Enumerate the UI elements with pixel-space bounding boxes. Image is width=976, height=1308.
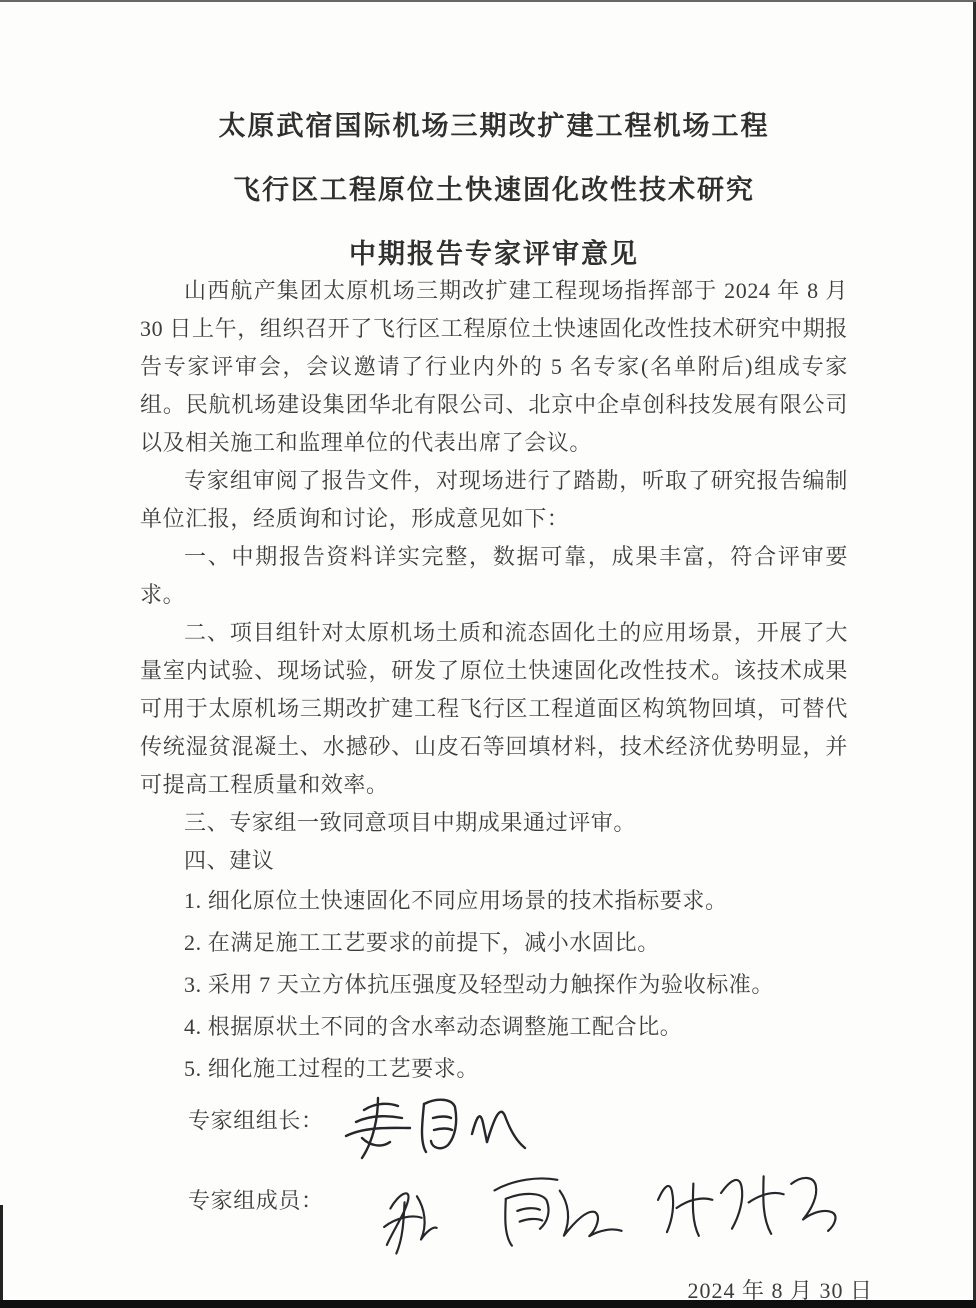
paragraph-review-process: 专家组审阅了报告文件，对现场进行了踏勘，听取了研究报告编制单位汇报，经质询和讨论… bbox=[140, 462, 848, 538]
leader-handwritten-signature bbox=[330, 1086, 530, 1170]
members-signature-row: 专家组成员： bbox=[140, 1184, 848, 1264]
document-date: 2024 年 8 月 30 日 bbox=[140, 1274, 873, 1305]
suggestion-item-2: 2. 在满足施工工艺要求的前提下，减小水固比。 bbox=[140, 922, 848, 964]
document-title-line-2: 飞行区工程原位土快速固化改性技术研究 bbox=[140, 158, 848, 222]
members-signature-label: 专家组成员： bbox=[188, 1184, 324, 1218]
document-content: 太原武宿国际机场三期改扩建工程机场工程 飞行区工程原位土快速固化改性技术研究 中… bbox=[140, 0, 848, 1305]
document-body: 山西航产集团太原机场三期改扩建工程现场指挥部于 2024 年 8 月 30 日上… bbox=[140, 272, 848, 1090]
opinion-item-3: 三、专家组一致同意项目中期成果通过评审。 bbox=[140, 804, 848, 842]
suggestion-item-4: 4. 根据原状土不同的含水率动态调整施工配合比。 bbox=[140, 1006, 848, 1048]
scanned-document-page: 太原武宿国际机场三期改扩建工程机场工程 飞行区工程原位土快速固化改性技术研究 中… bbox=[0, 0, 976, 1308]
suggestion-item-5: 5. 细化施工过程的工艺要求。 bbox=[140, 1048, 848, 1090]
document-title-line-1: 太原武宿国际机场三期改扩建工程机场工程 bbox=[140, 94, 848, 158]
suggestion-item-1: 1. 细化原位土快速固化不同应用场景的技术指标要求。 bbox=[140, 880, 848, 922]
opinion-item-2: 二、项目组针对太原机场土质和流态固化土的应用场景，开展了大量室内试验、现场试验，… bbox=[140, 614, 848, 804]
document-title: 太原武宿国际机场三期改扩建工程机场工程 飞行区工程原位土快速固化改性技术研究 中… bbox=[140, 94, 848, 286]
opinion-item-1: 一、中期报告资料详实完整，数据可靠，成果丰富，符合评审要求。 bbox=[140, 538, 848, 614]
leader-signature-label: 专家组组长： bbox=[188, 1104, 324, 1138]
opinion-item-4-heading: 四、建议 bbox=[140, 842, 848, 880]
scan-edge-left bbox=[0, 1205, 3, 1300]
suggestion-item-3: 3. 采用 7 天立方体抗压强度及轻型动力触探作为验收标准。 bbox=[140, 964, 848, 1006]
paragraph-meeting-overview: 山西航产集团太原机场三期改扩建工程现场指挥部于 2024 年 8 月 30 日上… bbox=[140, 272, 848, 462]
